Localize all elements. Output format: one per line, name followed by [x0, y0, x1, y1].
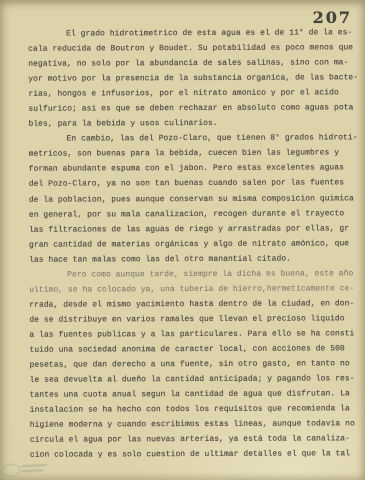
stamp-text-smudge: [21, 469, 43, 472]
text-line: gran cantidad de materias orgánicas y al…: [29, 236, 359, 252]
text-line: ultimo, se ha colocado ya, una tuberia d…: [29, 281, 359, 297]
text-line: forman abundante espuma con el jabon. Pe…: [29, 161, 359, 177]
text-line: negativa, no solo por la abundancia de s…: [28, 55, 358, 71]
scanned-document-page: 207 El grado hidrotimetrico de esta agua…: [0, 0, 365, 480]
text-line: en general, por su mala canalizacion, re…: [29, 206, 359, 222]
archive-stamp-icon: [2, 460, 51, 477]
text-line: las filtraciones de las aguas de riego y…: [29, 221, 359, 237]
text-line: cion colocada y es solo cuestion de ulti…: [30, 447, 360, 463]
text-line: El grado hidrotimetrico de esta agua es …: [28, 25, 358, 41]
text-line: Pero como aunque tarde, siempre la dicha…: [29, 266, 359, 282]
text-line: yor motivo por la presencia de la substa…: [28, 70, 358, 86]
text-line: metricos, son buenas para la bebida, cue…: [29, 146, 359, 162]
text-line: sulfurico; asi es que se deben rechazar …: [28, 101, 358, 117]
text-line: instalacion se ha hecho con todos los re…: [30, 401, 360, 417]
text-line: le sea devuelta al dueño la cantidad ant…: [30, 371, 360, 387]
text-line: tuido una sociedad anonima de caracter l…: [29, 341, 359, 357]
typewritten-body-text: El grado hidrotimetrico de esta agua es …: [28, 25, 360, 463]
text-line: En cambio, las del Pozo-Claro, que tiene…: [29, 131, 359, 147]
text-line: del Pozo-Claro, ya no son tan buenas cua…: [29, 176, 359, 192]
text-line: a las fuentes publicas y a las particula…: [29, 326, 359, 342]
text-line: tantes una cuota anual segun la cantidad…: [30, 386, 360, 402]
text-line: bles, para la bebida y usos culinarios.: [28, 116, 358, 132]
stamp-oval: [2, 463, 21, 477]
text-line: cala reducida de Boutron y Boudet. Su po…: [28, 40, 358, 56]
text-line: higiene moderna y cuando escribimos esta…: [30, 416, 360, 432]
text-line: rrada, desde el mismo yacimiento hasta d…: [29, 296, 359, 312]
stamp-text-smudge: [21, 464, 47, 467]
text-line: las hace tan malas como las del otro man…: [29, 251, 359, 267]
text-line: de se distribuye en varios ramales que l…: [29, 311, 359, 327]
page-number: 207: [313, 8, 352, 27]
text-line: pesetas, que dan derecho a una fuente, s…: [29, 356, 359, 372]
text-line: circula el agua por las nuevas arterias,…: [30, 432, 360, 448]
text-line: de la poblacion, pues aunque conservan s…: [29, 191, 359, 207]
text-line: rias, hongos e infusorios, por el nitrat…: [28, 85, 358, 101]
